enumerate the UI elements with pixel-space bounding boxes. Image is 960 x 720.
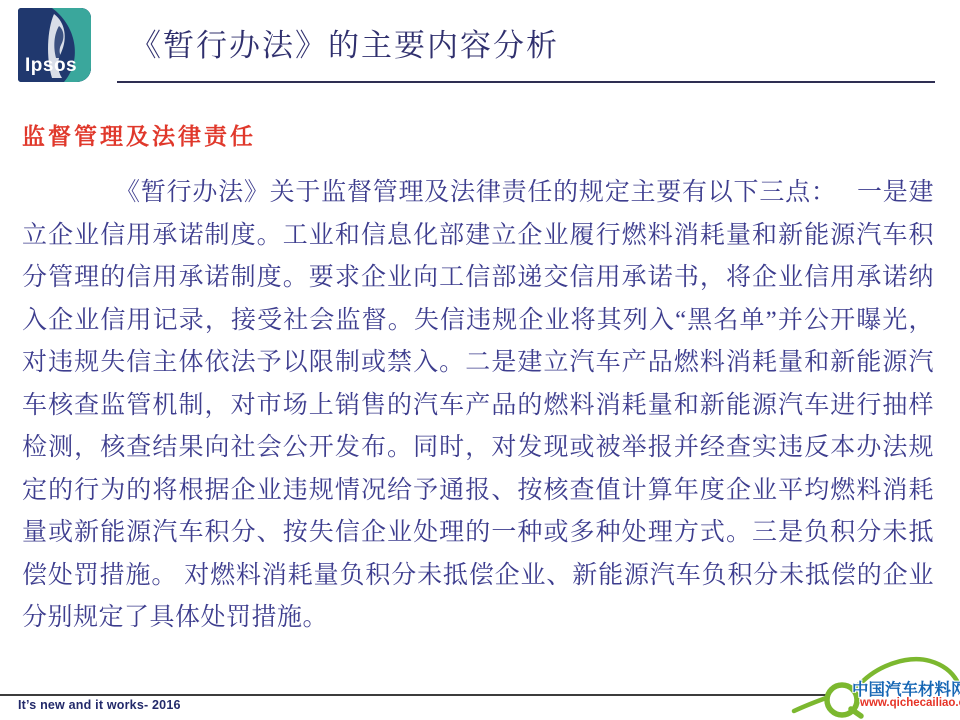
ipsos-logo-icon: Ipsos <box>18 8 91 82</box>
ipsos-wordmark: Ipsos <box>25 55 77 77</box>
footer-tagline: It’s new and it works- 2016 <box>18 698 181 712</box>
site-url: www.qichecailiao.com <box>860 697 960 709</box>
body-paragraph: 《暂行办法》关于监督管理及法律责任的规定主要有以下三点： 一是建立企业信用承诺制… <box>22 172 934 640</box>
page-title: 《暂行办法》的主要内容分析 <box>130 20 559 65</box>
presentation-slide: Ipsos 《暂行办法》的主要内容分析 监督管理及法律责任 《暂行办法》关于监督… <box>0 0 960 720</box>
title-divider <box>117 81 935 83</box>
section-heading: 监督管理及法律责任 <box>22 118 256 151</box>
footer-divider <box>0 694 838 696</box>
site-logo: 中国汽车材料网 www.qichecailiao.com <box>790 650 960 720</box>
